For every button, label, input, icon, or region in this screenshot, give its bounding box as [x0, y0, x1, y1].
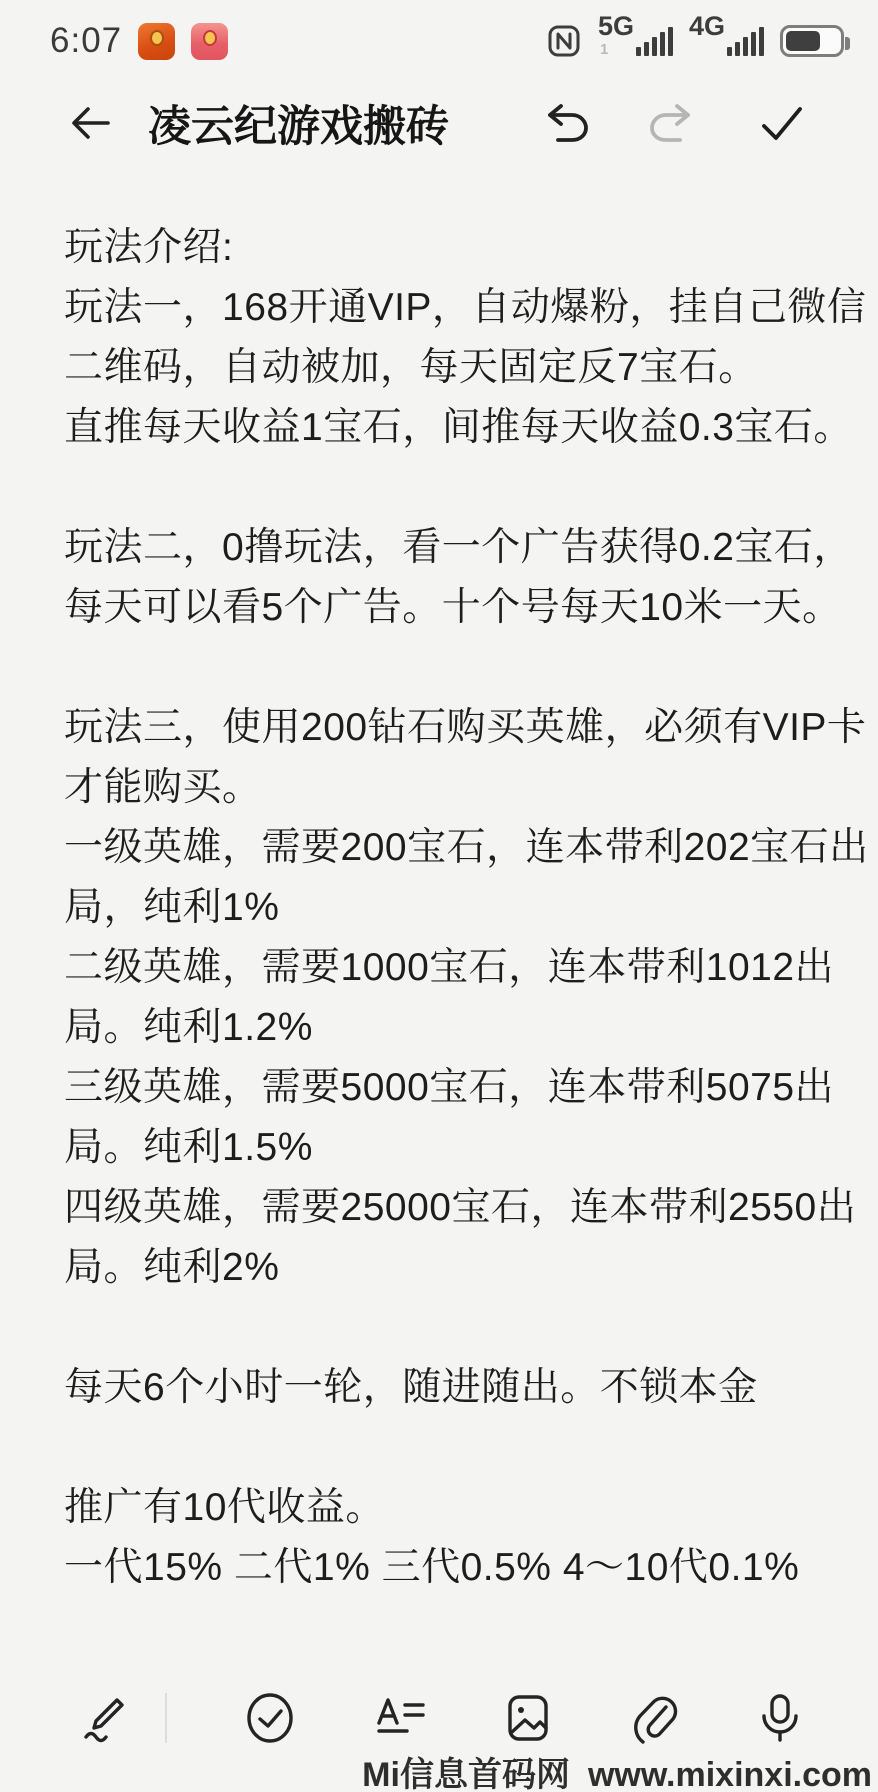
red-packet-notification-icon-2 — [191, 23, 228, 60]
note-line: 局。纯利1.2% — [64, 998, 814, 1058]
note-line: 四级英雄，需要25000宝石，连本带利2550出 — [64, 1178, 814, 1238]
signal-4g: 4G — [689, 27, 764, 56]
attachment-button[interactable] — [630, 1692, 680, 1744]
status-indicators: 5G 1 4G — [546, 23, 844, 59]
note-line: 一级英雄，需要200宝石，连本带利202宝石出 — [64, 818, 814, 878]
note-line-blank — [64, 638, 814, 698]
microphone-icon — [757, 1692, 803, 1744]
note-line: 二维码，自动被加，每天固定反7宝石。 — [64, 338, 814, 398]
battery-icon — [780, 25, 844, 57]
sim1-indicator: 1 — [600, 41, 608, 58]
check-icon — [756, 99, 808, 147]
text-format-icon — [373, 1693, 427, 1743]
note-title: 凌云纪游戏搬砖 — [148, 93, 449, 154]
insert-image-button[interactable] — [503, 1692, 553, 1744]
note-line: 玩法三，使用200钻石购买英雄，必须有VIP卡 — [64, 698, 814, 758]
notes-app-screen: 6:07 5G 1 4G — [0, 0, 878, 1792]
toolbar-divider — [165, 1693, 167, 1743]
note-line-blank — [64, 1298, 814, 1358]
confirm-button[interactable] — [756, 99, 808, 147]
back-button[interactable] — [66, 99, 114, 147]
note-line-blank — [64, 458, 814, 518]
note-line: 才能购买。 — [64, 758, 814, 818]
status-bar: 6:07 5G 1 4G — [0, 0, 878, 72]
note-line-blank — [64, 1418, 814, 1478]
note-line: 玩法一，168开通VIP，自动爆粉，挂自己微信 — [64, 278, 814, 338]
image-icon — [503, 1692, 553, 1744]
note-header: 凌云纪游戏搬砖 — [0, 72, 878, 168]
handwriting-button[interactable] — [79, 1693, 129, 1743]
signal-5g: 5G 1 — [598, 27, 673, 56]
clock: 6:07 — [50, 21, 122, 61]
circle-check-icon — [244, 1692, 296, 1744]
note-line: 三级英雄，需要5000宝石，连本带利5075出 — [64, 1058, 814, 1118]
note-line: 直推每天收益1宝石，间推每天收益0.3宝石。 — [64, 398, 814, 458]
text-style-button[interactable] — [373, 1693, 427, 1743]
note-line: 二级英雄，需要1000宝石，连本带利1012出 — [64, 938, 814, 998]
red-packet-notification-icon — [138, 23, 175, 60]
signal-bars-icon-2 — [727, 27, 764, 56]
watermark-site-url: www.mixinxi.com — [588, 1756, 872, 1792]
note-line: 每天6个小时一轮，随进随出。不锁本金 — [64, 1358, 814, 1418]
paperclip-icon — [630, 1692, 680, 1744]
redo-icon — [648, 99, 698, 147]
todo-check-button[interactable] — [244, 1692, 296, 1744]
note-line: 一代15% 二代1% 三代0.5% 4～10代0.1% — [64, 1538, 814, 1598]
watermark: Mi信息首码网www.mixinxi.com — [362, 1747, 872, 1792]
redo-button[interactable] — [648, 99, 698, 147]
pen-icon — [79, 1693, 129, 1743]
undo-icon — [540, 99, 590, 147]
note-line: 局。纯利2% — [64, 1238, 814, 1298]
undo-button[interactable] — [540, 99, 590, 147]
nfc-icon — [546, 23, 582, 59]
note-editor-area[interactable]: 玩法介绍: 玩法一，168开通VIP，自动爆粉，挂自己微信 二维码，自动被加，每… — [0, 168, 878, 1598]
back-arrow-icon — [66, 99, 114, 147]
note-line: 玩法二，0撸玩法，看一个广告获得0.2宝石， — [64, 518, 814, 578]
note-line: 推广有10代收益。 — [64, 1478, 814, 1538]
signal-bars-icon — [636, 27, 673, 56]
voice-record-button[interactable] — [757, 1692, 803, 1744]
note-line: 局，纯利1% — [64, 878, 814, 938]
note-line: 每天可以看5个广告。十个号每天10米一天。 — [64, 578, 814, 638]
note-line: 局。纯利1.5% — [64, 1118, 814, 1178]
watermark-site-name: Mi信息首码网 — [362, 1756, 570, 1792]
note-line: 玩法介绍: — [64, 218, 814, 278]
